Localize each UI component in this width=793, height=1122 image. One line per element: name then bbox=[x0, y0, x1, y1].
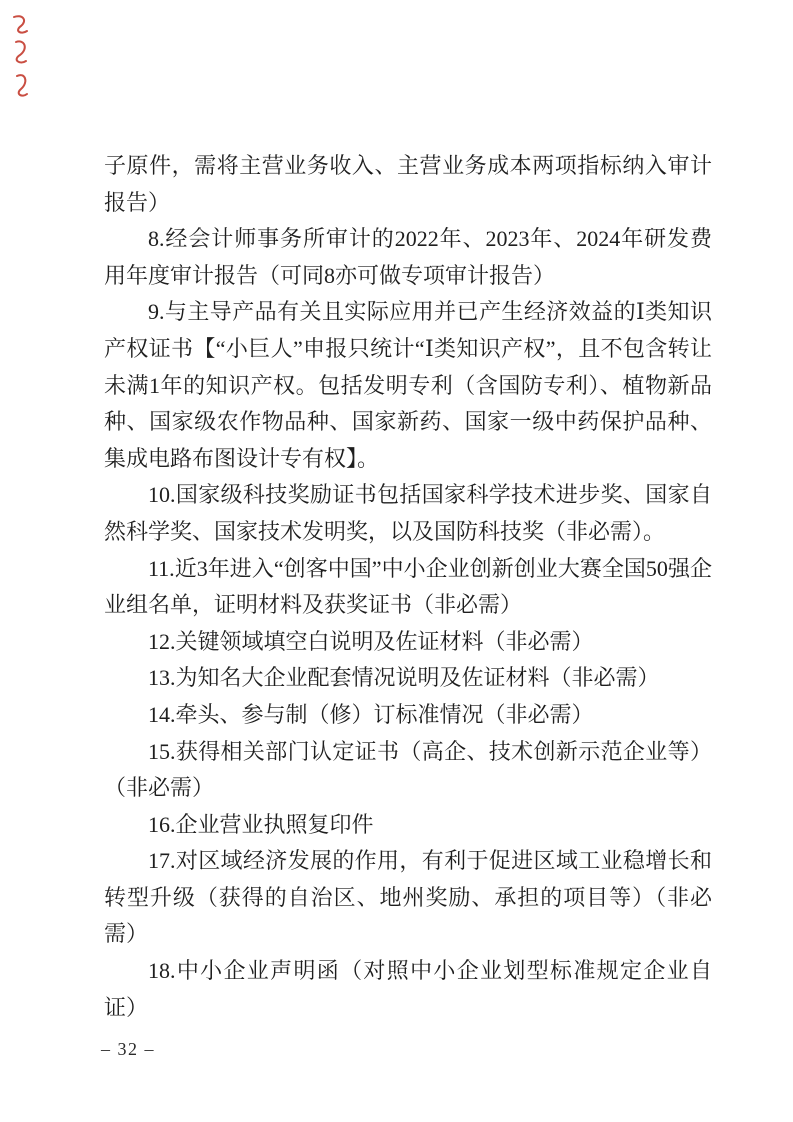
paragraph-item-10: 10.国家级科技奖励证书包括国家科学技术进步奖、国家自然科学奖、国家技术发明奖，… bbox=[104, 477, 712, 550]
document-body: 子原件，需将主营业务收入、主营业务成本两项指标纳入审计报告） 8.经会计师事务所… bbox=[104, 148, 712, 1026]
paragraph-item-8: 8.经会计师事务所审计的2022年、2023年、2024年研发费用年度审计报告（… bbox=[104, 221, 712, 294]
paragraph-item-16: 16.企业营业执照复印件 bbox=[104, 807, 712, 844]
paragraph-continuation: 子原件，需将主营业务收入、主营业务成本两项指标纳入审计报告） bbox=[104, 148, 712, 221]
paragraph-item-14: 14.牵头、参与制（修）订标准情况（非必需） bbox=[104, 697, 712, 734]
paragraph-item-17: 17.对区域经济发展的作用，有利于促进区域工业稳增长和转型升级（获得的自治区、地… bbox=[104, 843, 712, 953]
paragraph-item-15: 15.获得相关部门认定证书（高企、技术创新示范企业等）（非必需） bbox=[104, 734, 712, 807]
paragraph-item-11: 11.近3年进入“创客中国”中小企业创新创业大赛全国50强企业组名单，证明材料及… bbox=[104, 551, 712, 624]
paragraph-item-9: 9.与主导产品有关且实际应用并已产生经济效益的Ⅰ类知识产权证书【“小巨人”申报只… bbox=[104, 294, 712, 477]
red-ink-marks-icon bbox=[9, 12, 33, 104]
paragraph-item-12: 12.关键领域填空白说明及佐证材料（非必需） bbox=[104, 624, 712, 661]
paragraph-item-18: 18.中小企业声明函（对照中小企业划型标准规定企业自证） bbox=[104, 953, 712, 1026]
document-page: 子原件，需将主营业务收入、主营业务成本两项指标纳入审计报告） 8.经会计师事务所… bbox=[0, 0, 793, 1122]
page-number: – 32 – bbox=[101, 1039, 155, 1060]
paragraph-item-13: 13.为知名大企业配套情况说明及佐证材料（非必需） bbox=[104, 660, 712, 697]
